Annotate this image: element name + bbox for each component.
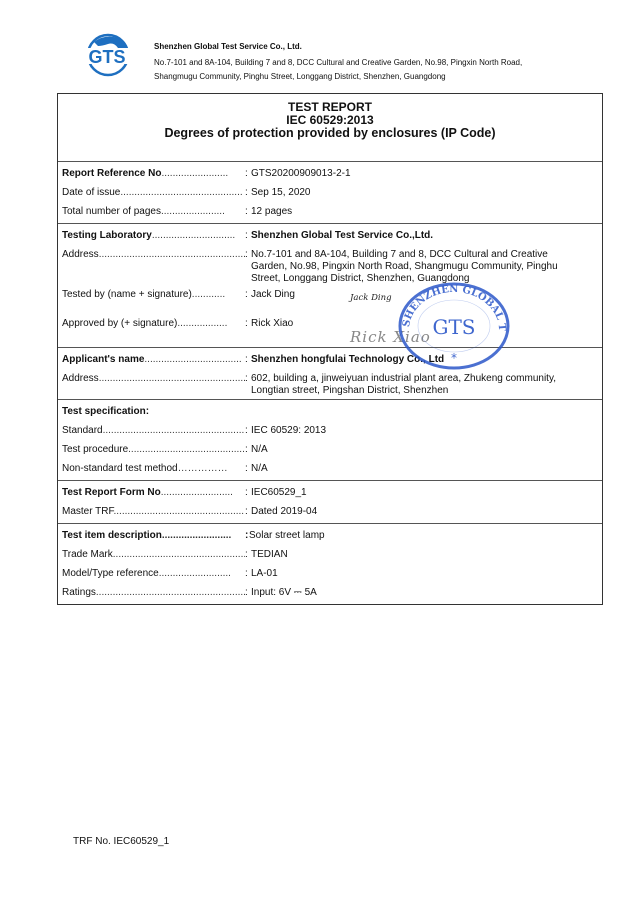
report-table: TEST REPORT IEC 60529:2013 Degrees of pr… xyxy=(57,93,603,605)
procedure-row: Test procedure..........................… xyxy=(58,440,602,459)
form-section: Test Report Form No.....................… xyxy=(58,481,602,524)
svg-text:*: * xyxy=(451,351,457,365)
specification-section: Test specification: Standard............… xyxy=(58,400,602,481)
footer-trf-number: TRF No. IEC60529_1 xyxy=(73,836,169,847)
gts-logo-icon: GTS xyxy=(74,30,140,80)
specification-heading-row: Test specification: xyxy=(58,402,602,421)
company-seal-icon: SHENZHEN GLOBAL TEST SERVICE CO., LTD. G… xyxy=(395,280,513,372)
trf-value: IEC60529_1 xyxy=(251,487,602,499)
standard-value: IEC 60529: 2013 xyxy=(251,425,602,437)
model-row: Model/Type reference....................… xyxy=(58,564,602,583)
ratings-value: Input: 6V ⎓ 5A xyxy=(251,587,602,599)
tested-by-row: Tested by (name + signature)............… xyxy=(58,285,602,304)
master-trf-row: Master TRF..............................… xyxy=(58,502,602,521)
svg-text:GTS: GTS xyxy=(88,47,125,67)
trademark-value: TEDIAN xyxy=(251,549,602,561)
pages-value: 12 pages xyxy=(251,206,602,218)
company-address: No.7-101 and 8A-104, Building 7 and 8, D… xyxy=(154,56,614,84)
title-line-3: Degrees of protection provided by enclos… xyxy=(58,127,602,140)
applicant-row: Applicant's name........................… xyxy=(58,350,602,369)
item-description-row: Test item description...................… xyxy=(58,526,602,545)
applicant-section: Applicant's name........................… xyxy=(58,348,602,400)
nonstandard-row: Non-standard test method…………… : N/A xyxy=(58,459,602,478)
procedure-value: N/A xyxy=(251,444,602,456)
ratings-row: Ratings.................................… xyxy=(58,583,602,602)
model-value: LA-01 xyxy=(251,568,602,580)
report-title: TEST REPORT IEC 60529:2013 Degrees of pr… xyxy=(58,94,602,162)
company-name: Shenzhen Global Test Service Co., Ltd. xyxy=(154,42,302,51)
report-info-section: Report Reference No.....................… xyxy=(58,162,602,224)
pages-row: Total number of pages...................… xyxy=(58,202,602,221)
date-value: Sep 15, 2020 xyxy=(251,187,602,199)
applicant-address-row: Address.................................… xyxy=(58,369,602,397)
report-reference-value: GTS20200909013-2-1 xyxy=(251,168,602,180)
letterhead: GTS Shenzhen Global Test Service Co., Lt… xyxy=(74,30,604,86)
item-description-value: Solar street lamp xyxy=(249,530,602,542)
master-trf-value: Dated 2019-04 xyxy=(251,506,602,518)
laboratory-row: Testing Laboratory......................… xyxy=(58,226,602,245)
item-section: Test item description...................… xyxy=(58,524,602,604)
approved-by-row: Approved by (+ signature)...............… xyxy=(58,314,602,333)
tested-by-signature: Jack Ding xyxy=(350,293,392,303)
applicant-address: 602, building a, jinweiyuan industrial p… xyxy=(251,373,602,397)
laboratory-section: Testing Laboratory......................… xyxy=(58,224,602,348)
laboratory-address-row: Address.................................… xyxy=(58,245,602,285)
report-reference-row: Report Reference No.....................… xyxy=(58,164,602,183)
standard-row: Standard................................… xyxy=(58,421,602,440)
nonstandard-value: N/A xyxy=(251,463,602,475)
svg-text:GTS: GTS xyxy=(432,315,475,339)
trf-row: Test Report Form No.....................… xyxy=(58,483,602,502)
trademark-row: Trade Mark..............................… xyxy=(58,545,602,564)
laboratory-name: Shenzhen Global Test Service Co.,Ltd. xyxy=(251,230,602,242)
date-row: Date of issue...........................… xyxy=(58,183,602,202)
